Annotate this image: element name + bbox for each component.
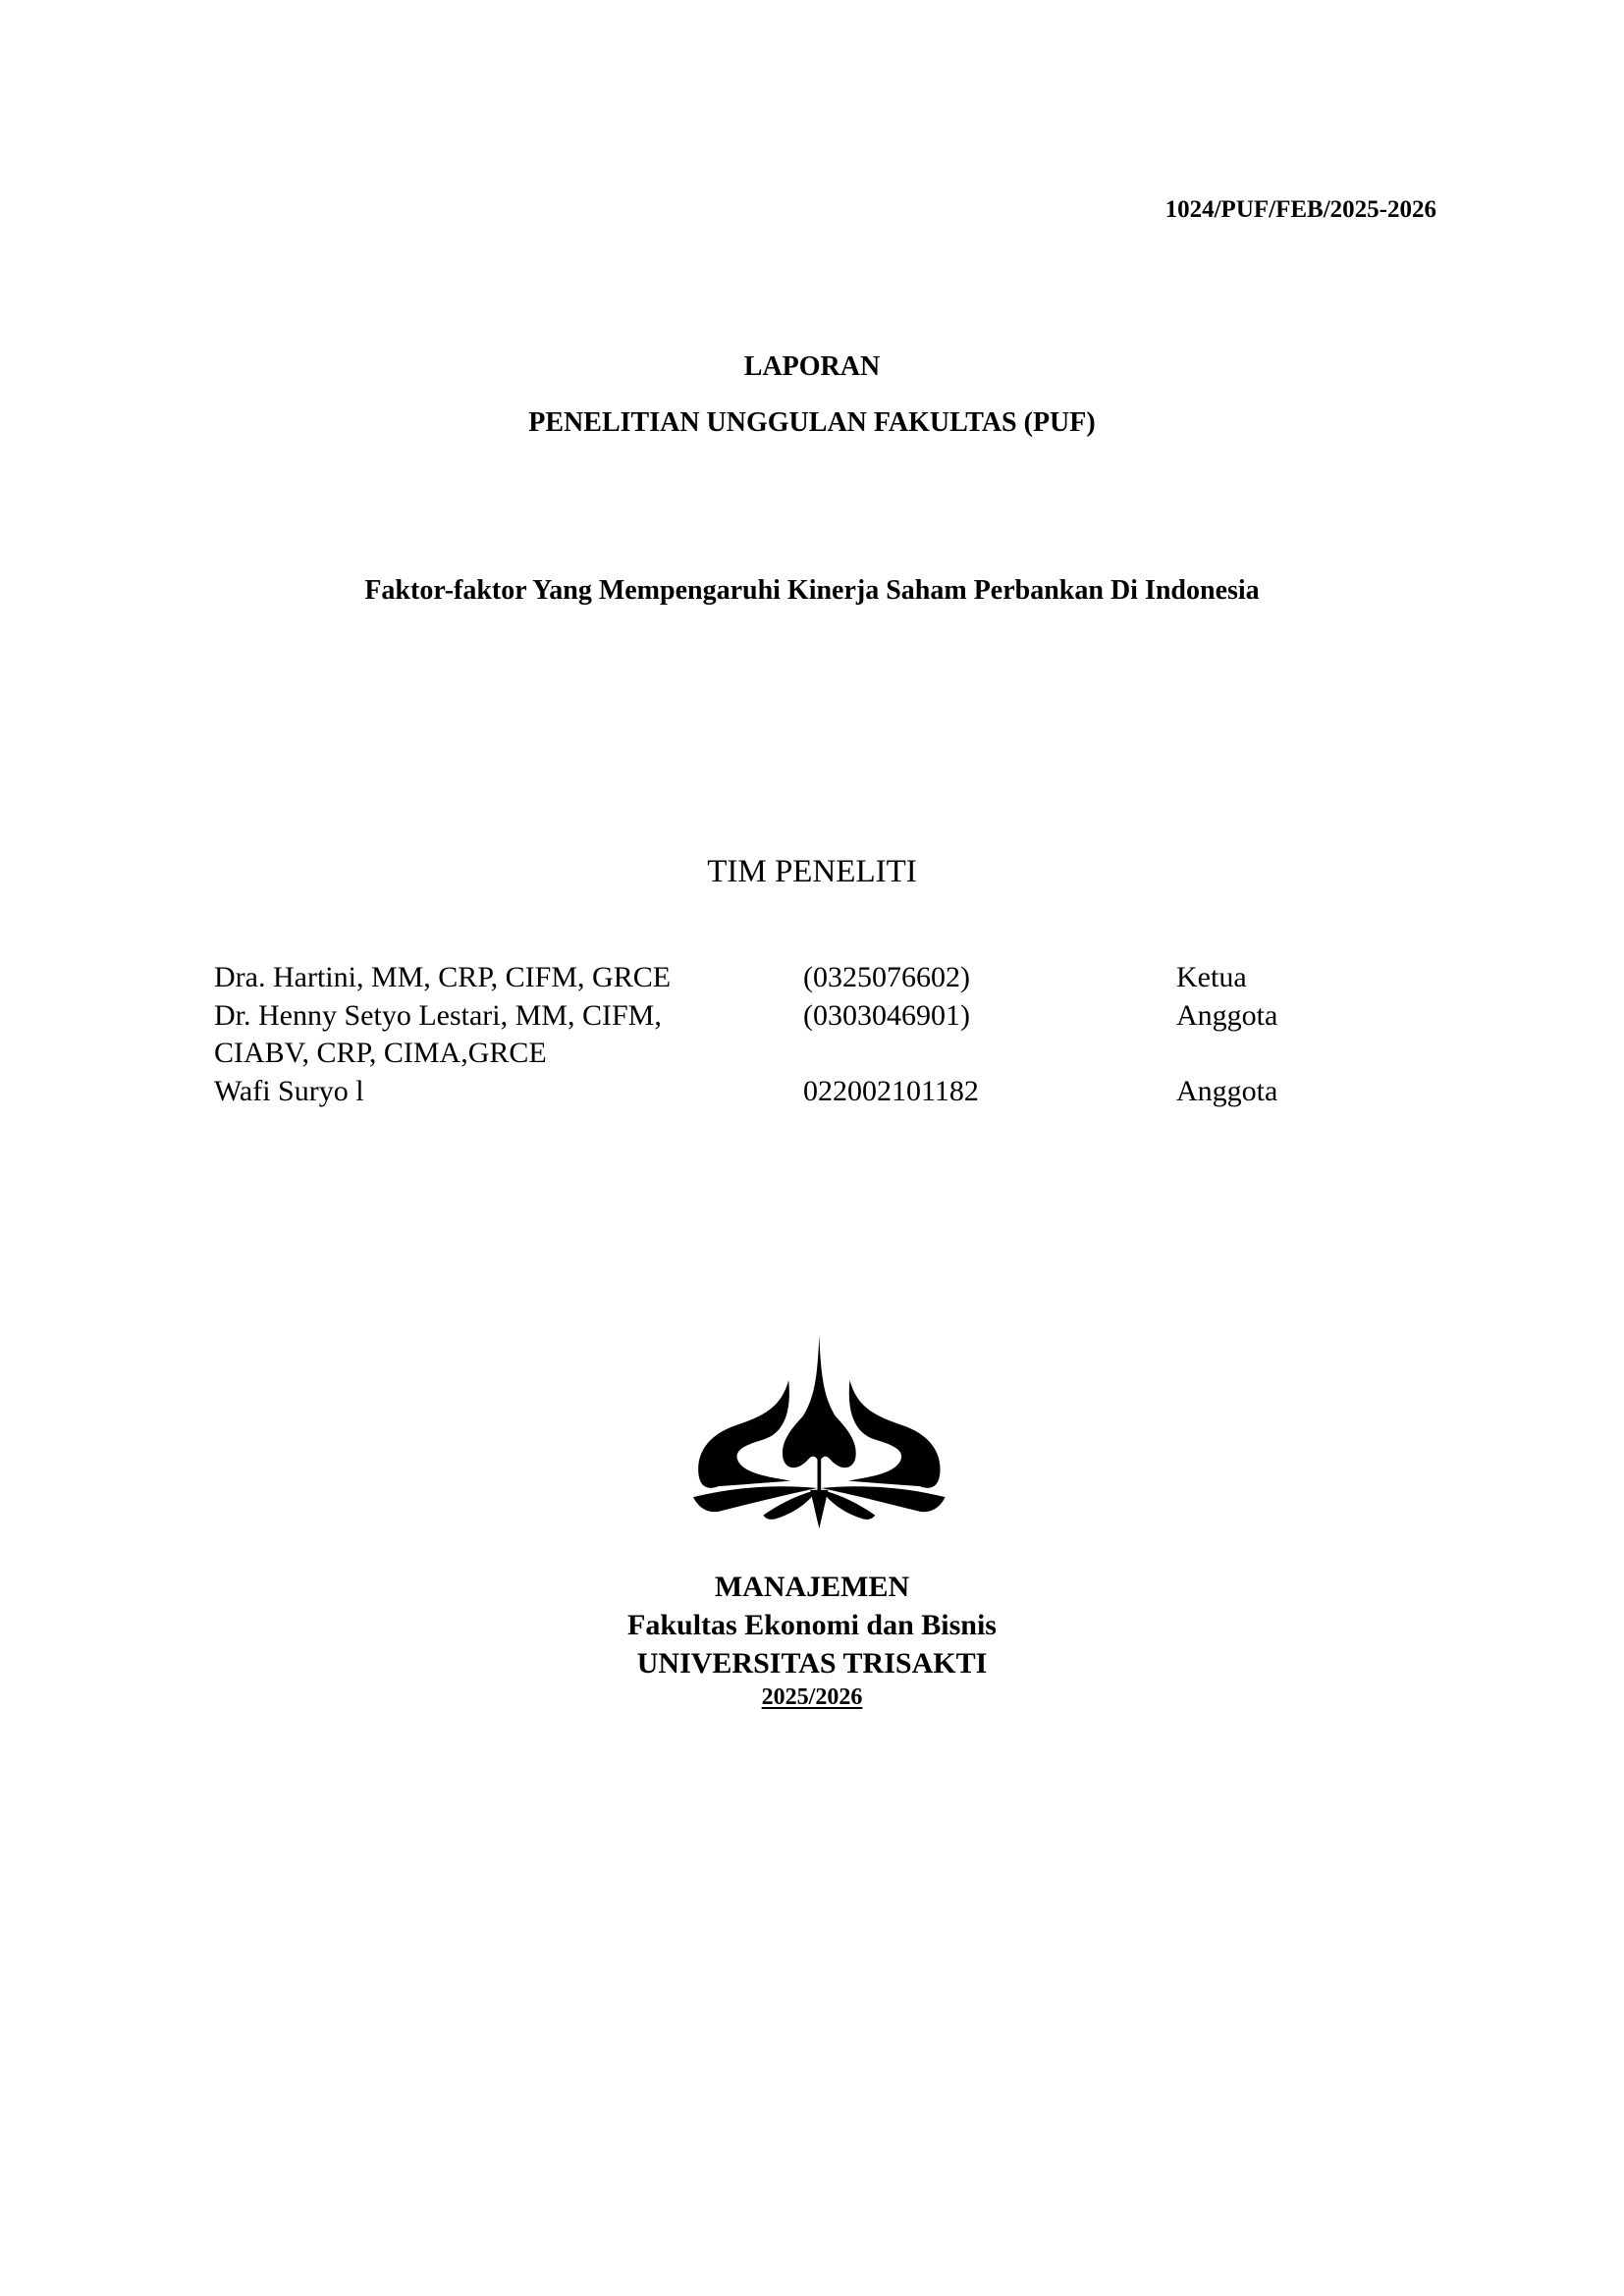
member-role: Anggota: [1176, 997, 1277, 1036]
academic-year: 2025/2026: [0, 1682, 1624, 1712]
member-name: Wafi Suryo l: [214, 1073, 764, 1111]
university-name: UNIVERSITAS TRISAKTI: [0, 1644, 1624, 1682]
team-heading: TIM PENELITI: [0, 854, 1624, 890]
member-id: 022002101182: [803, 1073, 979, 1111]
report-title: LAPORAN: [0, 351, 1624, 383]
member-id: (0325076602): [803, 959, 970, 997]
university-logo-icon: [682, 1325, 952, 1543]
member-role: Ketua: [1176, 959, 1247, 997]
faculty-name: Fakultas Ekonomi dan Bisnis: [0, 1606, 1624, 1644]
report-subtitle: PENELITIAN UNGGULAN FAKULTAS (PUF): [0, 407, 1624, 439]
member-name: Dra. Hartini, MM, CRP, CIFM, GRCE: [214, 959, 764, 997]
institution-block: MANAJEMEN Fakultas Ekonomi dan Bisnis UN…: [0, 1568, 1624, 1712]
member-role: Anggota: [1176, 1073, 1277, 1111]
document-reference-number: 1024/PUF/FEB/2025-2026: [1165, 196, 1436, 224]
member-name: Dr. Henny Setyo Lestari, MM, CIFM, CIABV…: [214, 997, 764, 1073]
research-title: Faktor-faktor Yang Mempengaruhi Kinerja …: [0, 575, 1624, 607]
member-id: (0303046901): [803, 997, 970, 1036]
department-name: MANAJEMEN: [0, 1568, 1624, 1606]
